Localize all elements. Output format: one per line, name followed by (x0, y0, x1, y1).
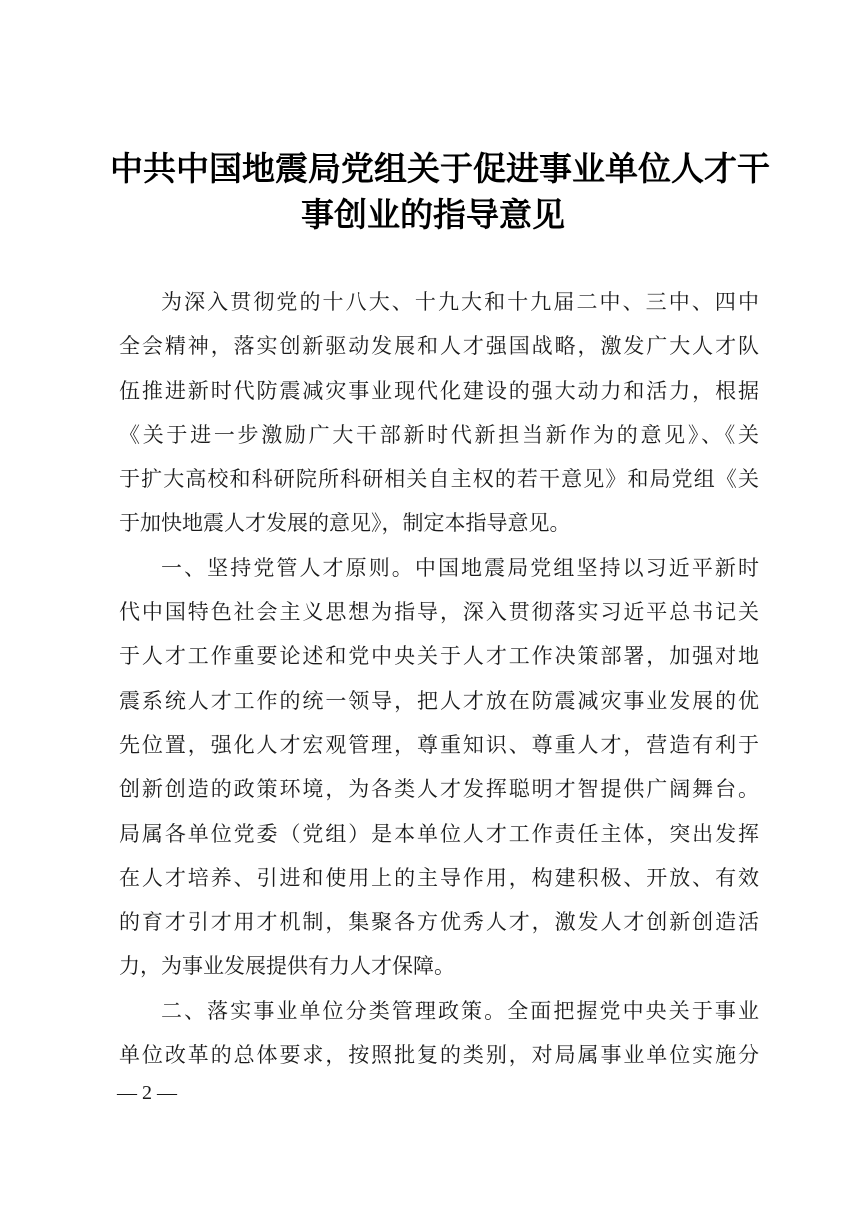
paragraph-preamble: 为深入贯彻党的十八大、十九大和十九届二中、三中、四中 全会精神，落实创新驱动发展… (119, 280, 759, 546)
paragraph-line: 于扩大高校和科研院所科研相关自主权的若干意见》和局党组《关 (119, 457, 759, 501)
paragraph-line: 在人才培养、引进和使用上的主导作用，构建积极、开放、有效 (119, 856, 759, 900)
paragraph-line: 二、落实事业单位分类管理政策。全面把握党中央关于事业 (119, 989, 759, 1033)
paragraph-line: 震系统人才工作的统一领导，把人才放在防震减灾事业发展的优 (119, 679, 759, 723)
paragraph-line: 代中国特色社会主义思想为指导，深入贯彻落实习近平总书记关 (119, 590, 759, 634)
document-body: 为深入贯彻党的十八大、十九大和十九届二中、三中、四中 全会精神，落实创新驱动发展… (119, 280, 759, 1077)
title-line-2: 事创业的指导意见 (110, 192, 756, 238)
paragraph-line: 先位置，强化人才宏观管理，尊重知识、尊重人才，营造有利于 (119, 723, 759, 767)
paragraph-line: 创新创造的政策环境，为各类人才发挥聪明才智提供广阔舞台。 (119, 767, 759, 811)
paragraph-line: 一、坚持党管人才原则。中国地震局党组坚持以习近平新时 (119, 546, 759, 590)
document-page: 中共中国地震局党组关于促进事业单位人才干 事创业的指导意见 为深入贯彻党的十八大… (0, 0, 866, 1225)
page-number: — 2 — (117, 1082, 177, 1105)
paragraph-line: 局属各单位党委（党组）是本单位人才工作责任主体，突出发挥 (119, 812, 759, 856)
paragraph-line: 的育才引才用才机制，集聚各方优秀人才，激发人才创新创造活 (119, 900, 759, 944)
paragraph-section-1: 一、坚持党管人才原则。中国地震局党组坚持以习近平新时 代中国特色社会主义思想为指… (119, 546, 759, 989)
paragraph-line: 于加快地震人才发展的意见》，制定本指导意见。 (119, 501, 759, 545)
paragraph-line: 为深入贯彻党的十八大、十九大和十九届二中、三中、四中 (119, 280, 759, 324)
paragraph-line: 全会精神，落实创新驱动发展和人才强国战略，激发广大人才队 (119, 324, 759, 368)
title-line-1: 中共中国地震局党组关于促进事业单位人才干 (110, 146, 756, 192)
paragraph-line: 单位改革的总体要求，按照批复的类别，对局属事业单位实施分 (119, 1033, 759, 1077)
paragraph-section-2: 二、落实事业单位分类管理政策。全面把握党中央关于事业 单位改革的总体要求，按照批… (119, 989, 759, 1078)
paragraph-line: 《关于进一步激励广大干部新时代新担当新作为的意见》、《关 (119, 413, 759, 457)
document-title: 中共中国地震局党组关于促进事业单位人才干 事创业的指导意见 (110, 146, 756, 238)
paragraph-line: 伍推进新时代防震减灾事业现代化建设的强大动力和活力，根据 (119, 369, 759, 413)
paragraph-line: 于人才工作重要论述和党中央关于人才工作决策部署，加强对地 (119, 634, 759, 678)
paragraph-line: 力，为事业发展提供有力人才保障。 (119, 944, 759, 988)
